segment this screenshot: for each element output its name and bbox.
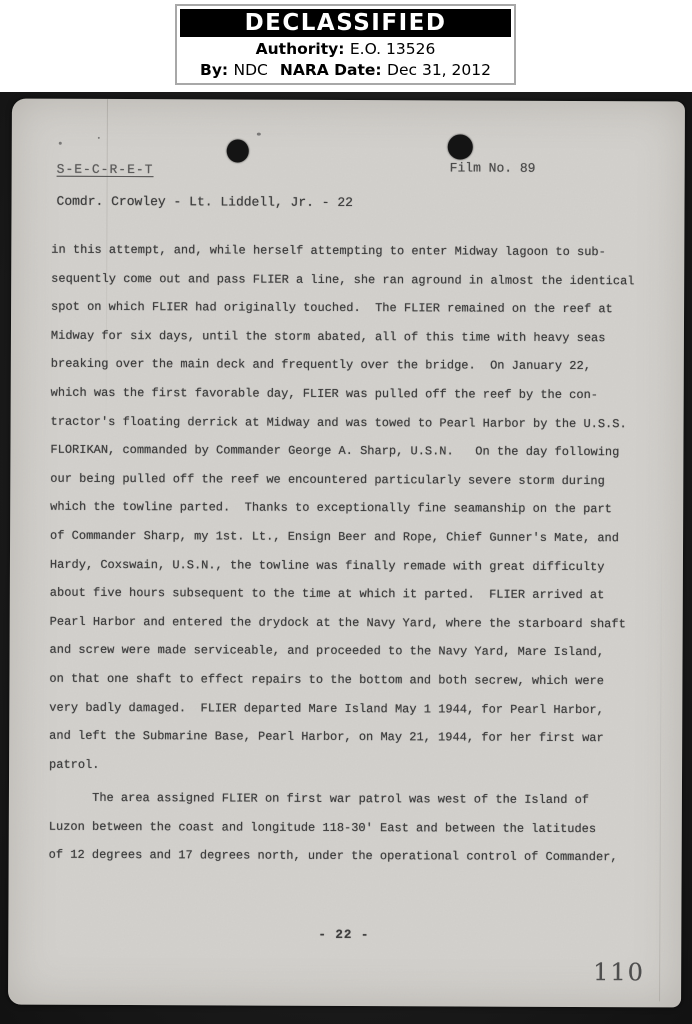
nara-date-value: Dec 31, 2012: [387, 61, 491, 79]
text-line: and left the Submarine Base, Pearl Harbo…: [49, 722, 657, 753]
text-line: breaking over the main deck and frequent…: [51, 350, 659, 381]
nara-date-label: NARA Date:: [280, 61, 387, 79]
document-body: in this attempt, and, while herself atte…: [49, 236, 660, 873]
text-line: about five hours subsequent to the time …: [50, 579, 658, 610]
paper-sheet: S-E-C-R-E-T Film No. 89 Comdr. Crowley -…: [8, 99, 685, 1008]
authority-value: E.O. 13526: [350, 40, 435, 58]
text-line: of 12 degrees and 17 degrees north, unde…: [49, 841, 657, 872]
text-line: spot on which FLIER had originally touch…: [51, 293, 659, 324]
paragraph: in this attempt, and, while herself atte…: [49, 236, 659, 782]
by-label: By:: [200, 61, 234, 79]
text-line: our being pulled off the reef we encount…: [50, 464, 658, 495]
text-line: Pearl Harbor and entered the drydock at …: [50, 607, 658, 638]
text-line: on that one shaft to effect repairs to t…: [49, 665, 657, 696]
text-line: sequently come out and pass FLIER a line…: [51, 264, 659, 295]
page-number: - 22 -: [318, 928, 369, 942]
paper-crease: [659, 521, 662, 1001]
ink-speck: [257, 133, 261, 136]
authority-line: Authority: E.O. 13526: [177, 39, 514, 60]
hole-punch-right: [448, 134, 473, 159]
text-line: Midway for six days, until the storm aba…: [51, 321, 659, 352]
text-line: Hardy, Coxswain, U.S.N., the towline was…: [50, 550, 658, 581]
authority-label: Authority:: [256, 40, 350, 58]
text-line: The area assigned FLIER on first war pat…: [49, 784, 657, 815]
officers-header-line: Comdr. Crowley - Lt. Liddell, Jr. - 22: [56, 194, 353, 210]
hole-punch-left: [227, 139, 249, 162]
declassified-banner: DECLASSIFIED: [180, 9, 511, 37]
by-nara-line: By: NDCNARA Date: Dec 31, 2012: [177, 60, 514, 81]
by-value: NDC: [234, 61, 268, 79]
text-line: which was the first favorable day, FLIER…: [51, 379, 659, 410]
declassification-stamp: DECLASSIFIED Authority: E.O. 13526 By: N…: [175, 4, 516, 85]
text-line: patrol.: [49, 750, 657, 781]
folio-number: 110: [593, 958, 645, 986]
text-line: and screw were made serviceable, and pro…: [50, 636, 658, 667]
text-line: which the towline parted. Thanks to exce…: [50, 493, 658, 524]
scanned-document-page: DECLASSIFIED Authority: E.O. 13526 By: N…: [0, 0, 692, 1024]
film-number: Film No. 89: [450, 160, 536, 175]
ink-speck: [98, 137, 100, 139]
scan-background: S-E-C-R-E-T Film No. 89 Comdr. Crowley -…: [0, 92, 692, 1024]
text-line: very badly damaged. FLIER departed Mare …: [49, 693, 657, 724]
text-line: Luzon between the coast and longitude 11…: [49, 813, 657, 844]
paragraph: The area assigned FLIER on first war pat…: [49, 784, 657, 872]
ink-speck: [59, 142, 62, 145]
text-line: tractor's floating derrick at Midway and…: [51, 407, 659, 438]
classification-marking: S-E-C-R-E-T: [57, 162, 154, 177]
text-line: of Commander Sharp, my 1st. Lt., Ensign …: [50, 522, 658, 553]
text-line: in this attempt, and, while herself atte…: [51, 236, 659, 267]
text-line: FLORIKAN, commanded by Commander George …: [50, 436, 658, 467]
